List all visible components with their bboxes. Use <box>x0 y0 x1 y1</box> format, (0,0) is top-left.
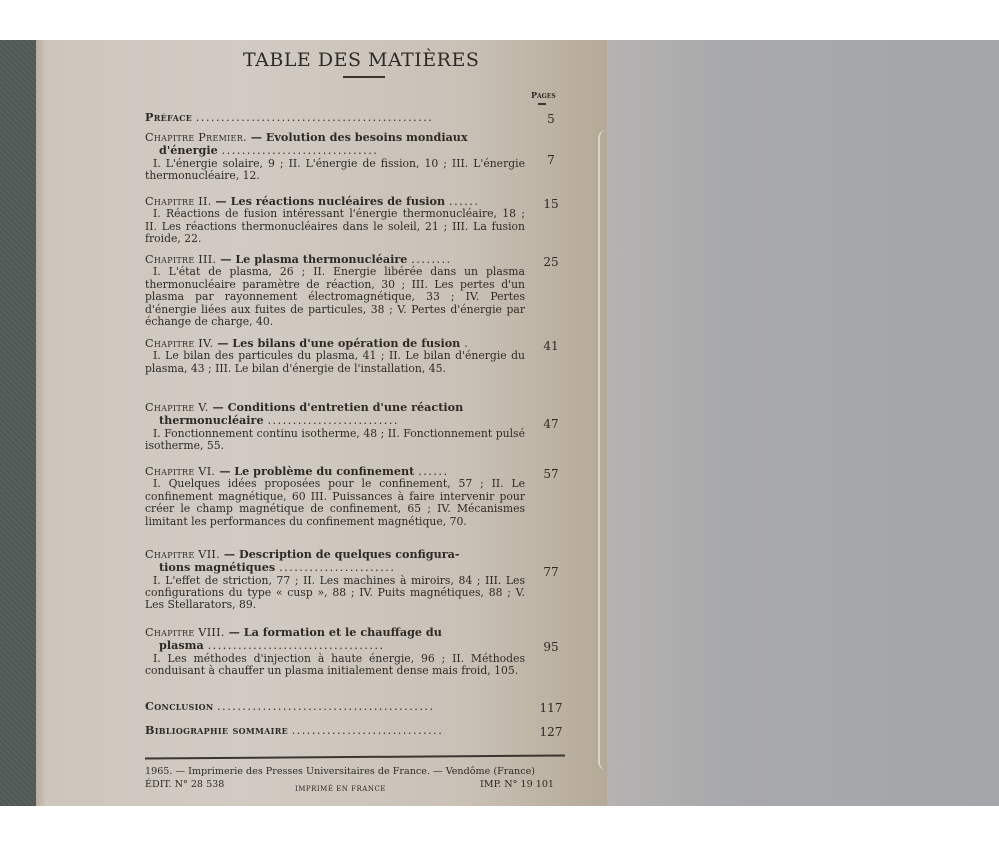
page-number: 77 <box>538 565 564 579</box>
chapter-prefix: Chapitre VIII. <box>145 626 225 639</box>
toc-entry-chapter-1: Chapitre Premier. — Evolution des besoin… <box>145 131 525 182</box>
book-photo: TABLE DES MATIÈRES Pages Préface .......… <box>0 40 999 806</box>
leader-dots: . <box>464 337 469 350</box>
entry-label: Préface <box>145 110 192 124</box>
chapter-title: — Description de quelques configura- <box>224 547 460 561</box>
chapter-prefix: Chapitre IV. <box>145 337 213 350</box>
toc-entry-chapter-2: Chapitre II. — Les réactions nucléaires … <box>145 195 525 246</box>
chapter-sections: I. Réactions de fusion intéressant l'éne… <box>145 208 525 245</box>
chapter-prefix: Chapitre II. <box>145 195 212 208</box>
chapter-title: — Le problème du confinement <box>219 464 414 478</box>
chapter-sections: I. L'état de plasma, 26 ; II. Energie li… <box>145 266 525 328</box>
toc-entry-chapter-6: Chapitre VI. — Le problème du confinemen… <box>145 465 525 528</box>
toc-entry-chapter-7: Chapitre VII. — Description de quelques … <box>145 548 525 612</box>
entry-label: Bibliographie sommaire <box>145 723 288 737</box>
imp-number: IMP. N° 19 101 <box>480 779 554 790</box>
chapter-title-cont: thermonucléaire <box>159 413 264 427</box>
toc-entry-conclusion: Conclusion .............................… <box>145 700 525 713</box>
page-gutter-shadow <box>36 40 45 806</box>
chapter-sections: I. Fonctionnement continu isotherme, 48 … <box>145 428 525 453</box>
page-number: 127 <box>538 725 564 739</box>
chapter-title: — Les réactions nucléaires de fusion <box>216 194 446 208</box>
leader-dots: ....................... <box>279 561 395 574</box>
chapter-title-cont: plasma <box>159 638 204 652</box>
binding-thread <box>598 130 614 770</box>
page-number: 47 <box>538 417 564 431</box>
leader-dots: ........ <box>411 253 451 266</box>
chapter-title: — Le plasma thermonucléaire <box>220 252 407 266</box>
chapter-prefix: Chapitre III. <box>145 253 216 266</box>
toc-entry-chapter-4: Chapitre IV. — Les bilans d'une opératio… <box>145 337 525 375</box>
leader-dots: ................................... <box>208 639 385 652</box>
page-number: 7 <box>538 153 564 167</box>
chapter-prefix: Chapitre V. <box>145 401 209 414</box>
leader-dots: .......................... <box>267 414 398 427</box>
pages-label-dash <box>538 103 546 105</box>
chapter-prefix: Chapitre VII. <box>145 548 220 561</box>
entry-label: Conclusion <box>145 699 214 713</box>
toc-entry-preface: Préface ................................… <box>145 111 525 124</box>
toc-entry-chapter-5: Chapitre V. — Conditions d'entretien d'u… <box>145 401 525 452</box>
pages-column-label: Pages <box>531 90 556 100</box>
chapter-sections: I. Le bilan des particules du plasma, 41… <box>145 350 525 375</box>
page-number: 117 <box>538 701 564 715</box>
title-underline <box>343 76 385 78</box>
leader-dots: ............................... <box>222 144 379 157</box>
chapter-prefix: Chapitre VI. <box>145 465 215 478</box>
chapter-title: — Conditions d'entretien d'une réaction <box>213 400 464 414</box>
leader-dots: ...... <box>449 195 479 208</box>
chapter-title: — Evolution des besoins mondiaux <box>251 130 468 144</box>
chapter-title: — La formation et le chauffage du <box>229 625 442 639</box>
chapter-title: — Les bilans d'une opération de fusion <box>217 336 460 350</box>
chapter-sections: I. Quelques idées proposées pour le conf… <box>145 478 525 528</box>
toc-title: TABLE DES MATIÈRES <box>243 49 479 71</box>
chapter-sections: I. L'effet de striction, 77 ; II. Les ma… <box>145 575 525 612</box>
leader-dots: ...... <box>418 465 448 478</box>
page-number: 57 <box>538 467 564 481</box>
chapter-prefix: Chapitre Premier. <box>145 131 247 144</box>
chapter-title-cont: tions magnétiques <box>159 560 275 574</box>
toc-entry-bibliography: Bibliographie sommaire .................… <box>145 724 525 737</box>
chapter-title-cont: d'énergie <box>159 143 218 157</box>
chapter-sections: I. L'énergie solaire, 9 ; II. L'énergie … <box>145 158 525 183</box>
leader-dots: .............................. <box>292 724 444 737</box>
leader-dots: ........................................… <box>196 111 434 124</box>
page-number: 25 <box>538 255 564 269</box>
toc-entry-chapter-3: Chapitre III. — Le plasma thermonucléair… <box>145 253 525 328</box>
edit-number: ÉDIT. N° 28 538 <box>145 779 224 790</box>
page-number: 15 <box>538 197 564 211</box>
toc-entry-chapter-8: Chapitre VIII. — La formation et le chau… <box>145 626 525 677</box>
right-page-blank <box>607 40 999 806</box>
page-number: 41 <box>538 339 564 353</box>
printed-in-france: IMPRIMÉ EN FRANCE <box>295 785 386 793</box>
page-number: 5 <box>538 112 564 126</box>
leader-dots: ........................................… <box>217 700 434 713</box>
book-cover-edge <box>0 40 36 806</box>
printer-line: 1965. — Imprimerie des Presses Universit… <box>145 766 565 777</box>
chapter-sections: I. Les méthodes d'injection à haute éner… <box>145 653 525 678</box>
page-number: 95 <box>538 640 564 654</box>
